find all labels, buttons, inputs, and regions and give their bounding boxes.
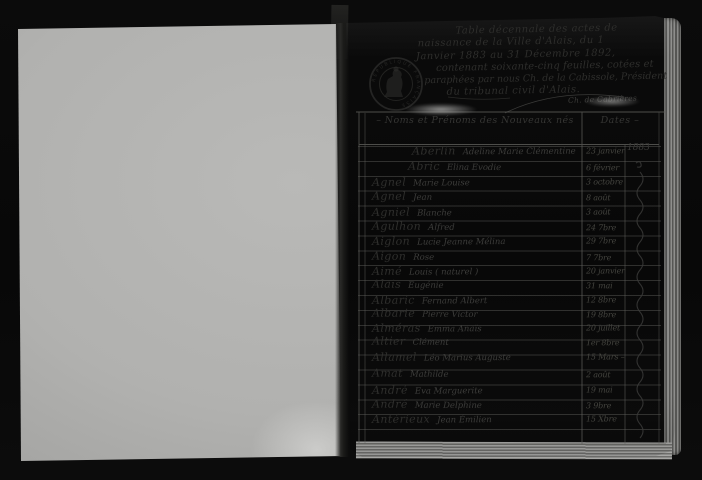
surname-text: Abric <box>408 160 440 173</box>
given-names-text: Jean Émilien <box>437 415 492 425</box>
given-names-text: Adeline Marie Clémentine <box>463 147 576 158</box>
surname-text: Allamel <box>372 351 417 364</box>
given-names-text: Jean <box>413 193 432 203</box>
register-rows: AberlinAdeline Marie Clémentine23 janvie… <box>0 0 702 480</box>
surname-text: Amat <box>372 367 403 380</box>
table-row: AllamelLéo Marius Auguste15 Mars – <box>358 346 662 364</box>
scanned-register-spread: RÉPUBLIQUE FRANÇAISE Table décennale des… <box>0 0 702 480</box>
surname-text: Antérieux <box>372 412 430 425</box>
given-names-text: Clément <box>413 338 449 348</box>
table-row: AiglonLucie Jeanne Mélina29 7bre <box>358 230 662 248</box>
table-row: AntérieuxJean Émilien15 Xbre <box>358 408 662 426</box>
table-row: AberlinAdeline Marie Clémentine23 janvie… <box>358 140 662 158</box>
surname-text: Aberlin <box>412 144 456 157</box>
surname-text: Agnel <box>372 190 406 203</box>
table-row: AmatMathilde2 août <box>358 364 662 381</box>
given-names-text: Eugénie <box>408 281 443 291</box>
surname-text: Alais <box>372 278 401 291</box>
date-text: 15 Xbre <box>586 411 634 427</box>
date-text: 15 Mars – <box>586 349 634 365</box>
given-names-text: Mathilde <box>410 370 449 380</box>
surname-text: Altier <box>372 335 406 348</box>
given-names-text: Léo Marius Auguste <box>424 353 511 364</box>
